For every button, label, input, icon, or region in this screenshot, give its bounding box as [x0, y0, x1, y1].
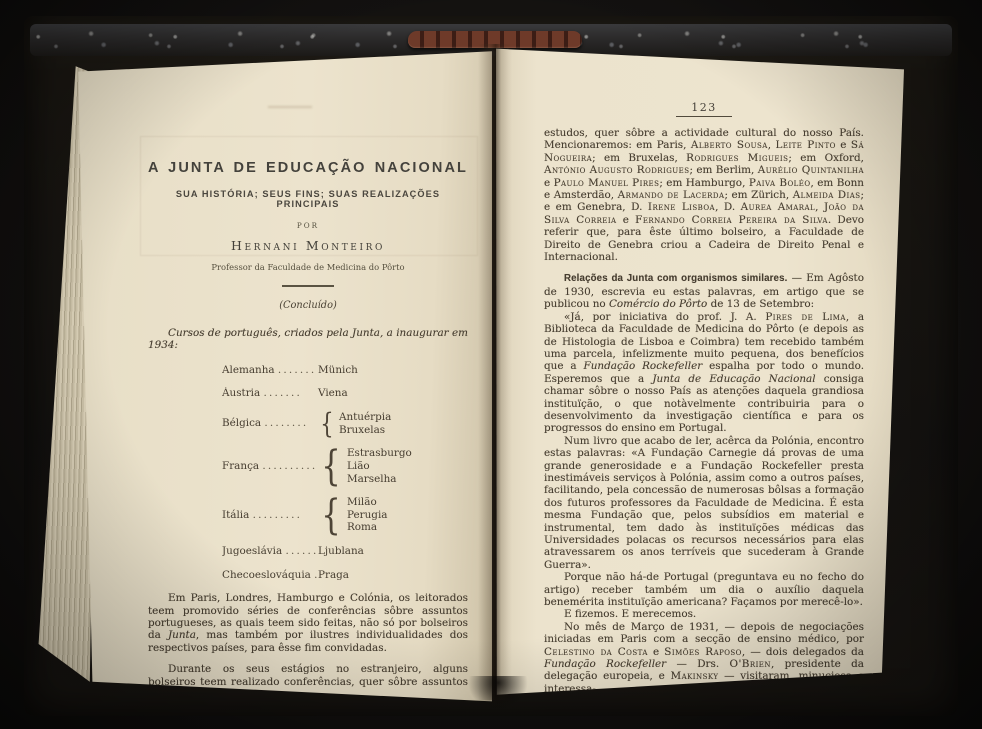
text-run: Junta — [168, 629, 196, 641]
page-number: 123 — [676, 101, 732, 117]
course-cities: AntuérpiaBruxelas — [339, 411, 391, 436]
course-city: Münich — [318, 364, 358, 377]
text-run: ; em Oxford, — [788, 152, 864, 164]
text-run: de 13 de Setembro: — [707, 298, 814, 310]
text-run: Cursos de português, criados pela Junta,… — [148, 327, 468, 351]
course-cities: MilãoPerugiaRoma — [347, 496, 388, 534]
course-country: Itália ......... — [222, 509, 318, 522]
text-run: Aurélio Quintanilha — [758, 164, 864, 176]
right-page-text-column: 123 estudos, quer sôbre a actividade cul… — [544, 46, 864, 695]
dot-leader: .......... — [262, 460, 317, 472]
text-run: , — [815, 201, 824, 213]
text-run: Armando de Lacerda — [618, 189, 725, 201]
text-run: , mas também por ilustres individualidad… — [148, 629, 468, 653]
left-page-text-column: A JUNTA DE EDUCAÇÃO NACIONAL SUA HISTÓRI… — [148, 48, 468, 700]
course-country: Alemanha ....... — [222, 364, 318, 377]
course-cities: EstrasburgoLiãoMarselha — [347, 447, 412, 485]
course-row: Áustria .......Viena — [222, 387, 468, 400]
spine-headband — [408, 31, 582, 48]
right-page: 123 estudos, quer sôbre a actividade cul… — [496, 46, 904, 696]
dot-leader: ....... — [264, 387, 303, 399]
text-run: O'Brien — [730, 658, 771, 670]
course-list: Alemanha .......MünichÁustria .......Vie… — [148, 364, 468, 581]
text-run: Alberto Sousa — [691, 139, 768, 151]
brace-glyph: { — [321, 448, 340, 485]
brace-glyph: { — [321, 497, 340, 534]
text-run: Num livro que acabo de ler, acêrca da Po… — [544, 435, 864, 571]
text-run: e — [648, 646, 664, 658]
text-run: Celestino da Costa — [544, 646, 648, 658]
left-page: A JUNTA DE EDUCAÇÃO NACIONAL SUA HISTÓRI… — [60, 48, 492, 704]
course-city: Estrasburgo — [347, 447, 412, 460]
byline-prefix: POR — [148, 221, 468, 230]
text-run: , — [768, 139, 776, 151]
dot-leader: ......... — [253, 509, 303, 521]
text-run: e — [544, 177, 554, 189]
text-run: Simões Raposo — [664, 646, 742, 658]
course-country: França .......... — [222, 460, 318, 473]
text-run: ; em Hamburgo, — [659, 177, 748, 189]
text-run: Leite Pinto — [776, 139, 836, 151]
course-country: Bélgica ........ — [222, 417, 318, 430]
article-title: A JUNTA DE EDUCAÇÃO NACIONAL — [148, 160, 468, 176]
course-city: Marselha — [347, 473, 412, 486]
text-run: António Augusto Rodrigues — [544, 164, 689, 176]
dot-leader: ........ — [264, 417, 308, 429]
course-row: França ..........{EstrasburgoLiãoMarselh… — [222, 447, 468, 485]
text-run: Fundação Rockefeller — [544, 658, 666, 670]
text-run: Fernando Correia Pereira da Silva — [635, 214, 828, 226]
course-cities: Viena — [318, 387, 348, 400]
paragraph: Em Paris, Londres, Hamburgo e Colónia, o… — [148, 592, 468, 654]
text-run: ; em Zürich, — [724, 189, 792, 201]
text-run: e — [617, 214, 636, 226]
course-row: Jugoeslávia ......Ljublana — [222, 545, 468, 558]
course-city: Milão — [347, 496, 388, 509]
course-cities: Münich — [318, 364, 358, 377]
right-page-paragraphs: estudos, quer sôbre a actividade cultura… — [544, 127, 864, 695]
article-subtitle: SUA HISTÓRIA; SEUS FINS; SUAS REALIZAÇÕE… — [148, 189, 468, 209]
course-city: Roma — [347, 521, 388, 534]
paragraph: Num livro que acabo de ler, acêrca da Po… — [544, 435, 864, 571]
text-run: Aurea Amaral — [741, 201, 815, 213]
text-run: Paiva Boléo — [749, 177, 811, 189]
text-run: Fundação Rockefeller — [584, 360, 703, 372]
text-run: Makinsky — [671, 670, 719, 682]
text-run: Porque não há-de Portugal (preguntava eu… — [544, 571, 864, 608]
text-run: No mês de Março de 1931, — depois de neg… — [544, 621, 864, 645]
dot-leader: ...... — [285, 545, 318, 557]
text-run: Junta de Educação Nacional — [652, 373, 815, 385]
author-role: Professor da Faculdade de Medicina do Pô… — [148, 262, 468, 272]
course-city: Lião — [347, 460, 412, 473]
text-run: Paulo Manuel Pires — [554, 177, 660, 189]
text-run: , D. — [715, 201, 741, 213]
course-country: Jugoeslávia ...... — [222, 545, 318, 558]
text-run: ; em Berlim, — [689, 164, 757, 176]
separator-rule — [282, 285, 334, 287]
course-cities: Ljublana — [318, 545, 364, 558]
course-cities: Praga — [318, 569, 349, 582]
author-name: Hernani Monteiro — [148, 238, 468, 253]
course-country: Checoeslováquia .. — [222, 569, 318, 582]
paragraph: estudos, quer sôbre a actividade cultura… — [544, 127, 864, 263]
paragraph: Porque não há-de Portugal (preguntava eu… — [544, 571, 864, 608]
course-row: Alemanha .......Münich — [222, 364, 468, 377]
paragraph: Relações da Junta com organismos similar… — [544, 272, 864, 310]
text-run: Relações da Junta com organismos similar… — [564, 273, 787, 284]
course-row: Checoeslováquia ..Praga — [222, 569, 468, 582]
text-run: «Já, por iniciativa do prof. J. A. — [564, 311, 765, 323]
text-run: ; em Bruxelas, — [592, 152, 686, 164]
course-city: Antuérpia — [339, 411, 391, 424]
text-run: Comércio do Pôrto — [609, 298, 707, 310]
text-run: , — dois delegados da — [742, 646, 864, 658]
brace-glyph: { — [320, 411, 333, 436]
course-city: Bruxelas — [339, 424, 391, 437]
text-run: Almeida Dias — [793, 189, 861, 201]
intro-paragraph: Cursos de português, criados pela Junta,… — [148, 327, 468, 352]
left-page-paragraphs: Em Paris, Londres, Hamburgo e Colónia, o… — [148, 592, 468, 700]
text-run: — Drs. — [666, 658, 729, 670]
continuation-note: (Concluído) — [148, 300, 468, 311]
course-city: Viena — [318, 387, 348, 400]
paragraph: «Já, por iniciativa do prof. J. A. Pires… — [544, 311, 864, 435]
text-run: E fizemos. E merecemos. — [564, 608, 696, 620]
course-city: Praga — [318, 569, 349, 582]
open-book-photo: A JUNTA DE EDUCAÇÃO NACIONAL SUA HISTÓRI… — [0, 0, 982, 729]
course-row: Itália .........{MilãoPerugiaRoma — [222, 496, 468, 534]
text-run: Pires de Lima — [765, 311, 846, 323]
course-city: Ljublana — [318, 545, 364, 558]
text-run: Rodrigues Migueis — [686, 152, 788, 164]
text-run: e — [836, 139, 851, 151]
text-run: Irene Lisboa — [648, 201, 715, 213]
course-row: Bélgica ........{AntuérpiaBruxelas — [222, 411, 468, 436]
course-country: Áustria ....... — [222, 387, 318, 400]
paragraph: E fizemos. E merecemos. — [544, 608, 864, 620]
course-city: Perugia — [347, 509, 388, 522]
dot-leader: ....... — [278, 364, 317, 376]
